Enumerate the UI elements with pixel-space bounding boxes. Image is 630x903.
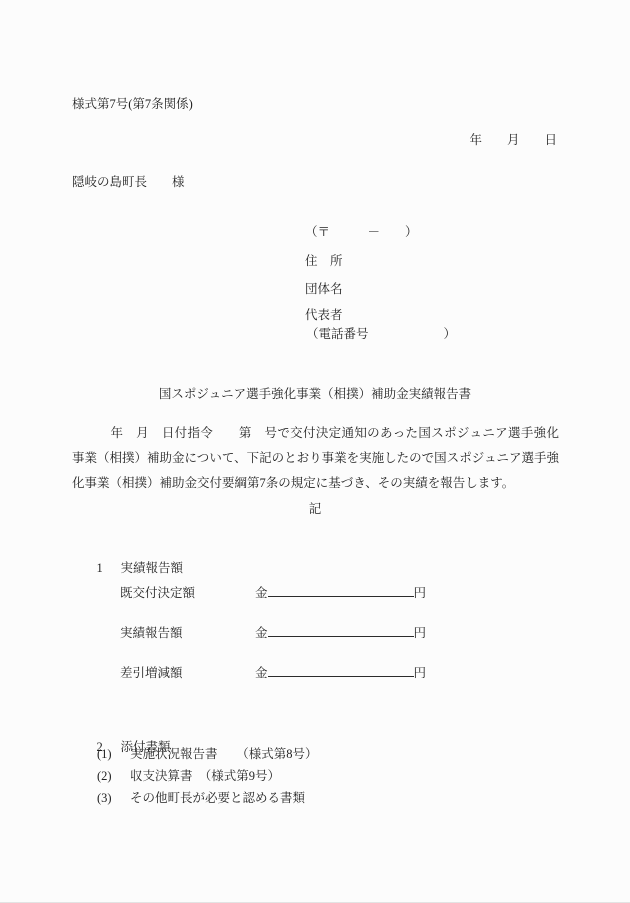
amount-fill-line (268, 584, 414, 597)
attachment-item-number: (2) (97, 768, 130, 784)
amount-label: 既交付決定額 (120, 585, 255, 601)
date-line: 年 月 日 (469, 132, 557, 148)
attachment-item-text: その他町長が必要と認める書類 (130, 790, 305, 806)
yen-prefix: 金 (255, 665, 268, 681)
attachment-item-text: 実施状況報告書 （様式第8号） (130, 746, 318, 762)
address-label: 住 所 (305, 253, 343, 269)
yen-prefix: 金 (255, 625, 268, 641)
attachment-item: (3) その他町長が必要と認める書類 (97, 790, 305, 806)
attachment-item-number: (3) (97, 790, 130, 806)
attachment-item: (1) 実施状況報告書 （様式第8号） (97, 746, 318, 762)
amount-row-difference: 差引増減額 金 円 (120, 664, 426, 681)
amount-fill-line (268, 624, 414, 637)
section1-title: 実績報告額 (121, 560, 184, 576)
ki-heading: 記 (0, 501, 630, 517)
postal-code-field: （〒 － ） (305, 224, 418, 240)
addressee: 隠岐の島町長 様 (72, 174, 185, 190)
attachment-item-text: 収支決算書 （様式第9号） (130, 768, 280, 784)
amount-label: 実績報告額 (120, 625, 255, 641)
attachment-item-number: (1) (97, 746, 130, 762)
amount-row-reported: 実績報告額 金 円 (120, 624, 426, 641)
attachment-item: (2) 収支決算書 （様式第9号） (97, 768, 280, 784)
yen-prefix: 金 (255, 585, 268, 601)
section1-number: 1 (97, 560, 121, 576)
yen-suffix: 円 (414, 625, 427, 641)
representative-label: 代表者 (305, 307, 343, 323)
amount-row-decided: 既交付決定額 金 円 (120, 584, 426, 601)
document-page: 様式第7号(第7条関係) 年 月 日 隠岐の島町長 様 （〒 － ） 住 所 団… (0, 0, 630, 903)
document-title: 国スポジュニア選手強化事業（相撲）補助金実績報告書 (0, 386, 630, 402)
phone-number-field: （電話番号 ） (306, 326, 456, 342)
amount-fill-line (268, 664, 414, 677)
body-paragraph: 年 月 日付指令 第 号で交付決定通知のあった国スポジュニア選手強化事業（相撲）… (72, 421, 559, 496)
organization-label: 団体名 (305, 281, 343, 297)
yen-suffix: 円 (414, 585, 427, 601)
amount-label: 差引増減額 (120, 665, 255, 681)
form-number: 様式第7号(第7条関係) (72, 96, 193, 112)
yen-suffix: 円 (414, 665, 427, 681)
